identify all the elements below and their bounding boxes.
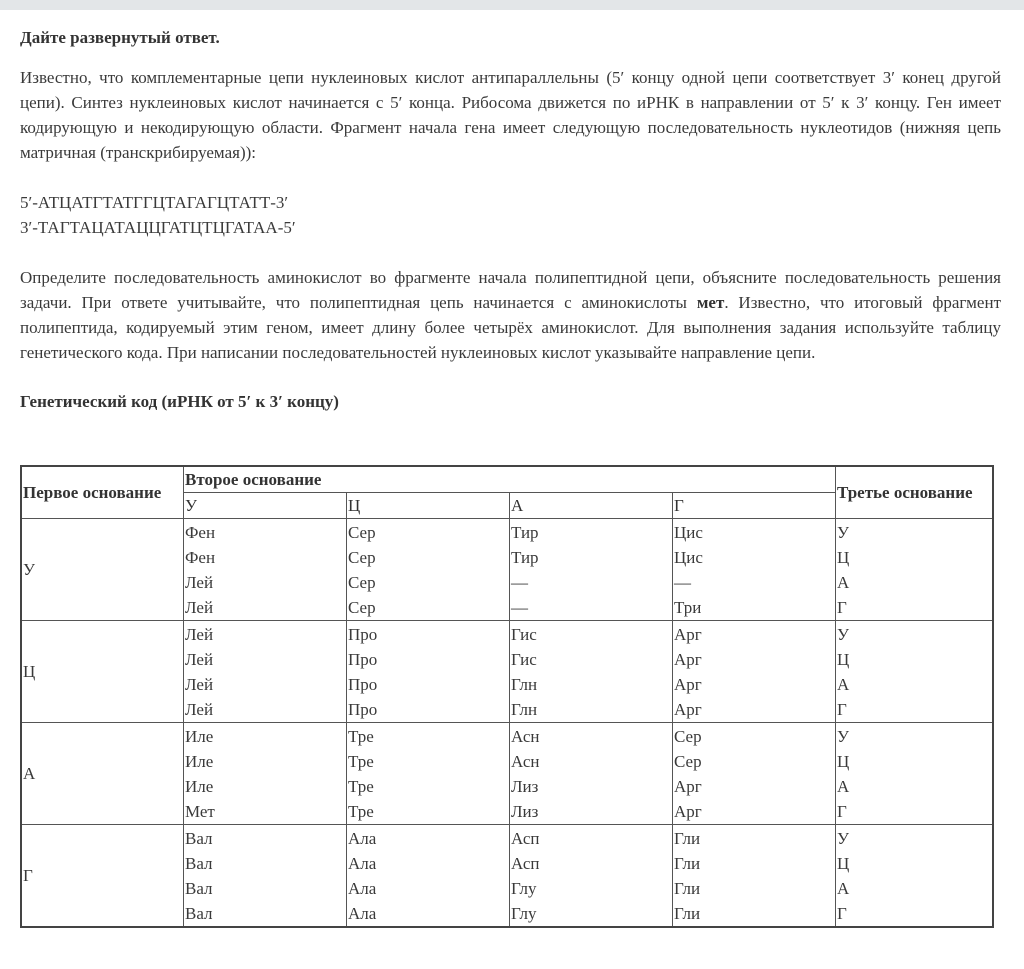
amino-acid: Сер [348,570,508,595]
amino-acid: Сер [348,520,508,545]
amino-acid: Три [674,595,834,620]
amino-acid: Вал [185,876,345,901]
amino-acid: Лей [185,622,345,647]
amino-acid: Гис [511,622,671,647]
amino-acid: Гис [511,647,671,672]
third-base-cell: УЦАГ [836,519,994,621]
genetic-code-table: Первое основание Второе основание Третье… [20,465,994,928]
amino-acid: Про [348,622,508,647]
task-question: Определите последовательность аминокисло… [20,265,1001,365]
amino-acid: — [674,570,834,595]
amino-acid: Лиз [511,774,671,799]
amino-acid: Фен [185,545,345,570]
third-base: У [837,724,991,749]
third-base: А [837,570,991,595]
amino-acid: Лей [185,647,345,672]
amino-acid: Асн [511,749,671,774]
third-base: У [837,826,991,851]
task-intro: Известно, что комплементарные цепи нукле… [20,65,1001,165]
amino-acid: Вал [185,826,345,851]
amino-acid: Тир [511,545,671,570]
amino-acid: Лей [185,697,345,722]
amino-acid: Тре [348,774,508,799]
table-row: УФенФенЛейЛейСерСерСерСерТирТир——ЦисЦис—… [21,519,993,621]
amino-acid: Про [348,647,508,672]
third-base-cell: УЦАГ [836,723,994,825]
top-bar [0,0,1024,10]
amino-acid: Вал [185,901,345,926]
amino-acid: Ала [348,876,508,901]
task-title: Дайте развернутый ответ. [20,24,1001,52]
amino-acid-cell: ИлеИлеИлеМет [184,723,347,825]
table-title: Генетический код (иРНК от 5′ к 3′ концу) [20,389,1001,414]
amino-acid: — [511,595,671,620]
table-row: АИлеИлеИлеМетТреТреТреТреАснАснЛизЛизСер… [21,723,993,825]
third-base: Г [837,595,991,620]
amino-acid-cell: ТирТир—— [510,519,673,621]
table-row: ГВалВалВалВалАлаАлаАлаАлаАспАспГлуГлуГли… [21,825,993,928]
amino-acid-cell: АспАспГлуГлу [510,825,673,928]
amino-acid: Лей [185,595,345,620]
first-base-cell: Ц [21,621,184,723]
second-base-header: Г [673,493,836,519]
amino-acid: Иле [185,724,345,749]
amino-acid-cell: СерСерСерСер [347,519,510,621]
task-content: Дайте развернутый ответ. Известно, что к… [20,24,1001,431]
amino-acid: Вал [185,851,345,876]
amino-acid: Тре [348,799,508,824]
amino-acid-cell: ГисГисГлнГлн [510,621,673,723]
amino-acid: Арг [674,799,834,824]
amino-acid-cell: ГлиГлиГлиГли [673,825,836,928]
genetic-code-body: УФенФенЛейЛейСерСерСерСерТирТир——ЦисЦис—… [21,519,993,928]
amino-acid: Цис [674,545,834,570]
amino-acid: Про [348,697,508,722]
amino-acid: Ала [348,826,508,851]
second-base-header: Ц [347,493,510,519]
amino-acid: Арг [674,622,834,647]
second-base-header: А [510,493,673,519]
amino-acid: Арг [674,697,834,722]
amino-acid: Тре [348,749,508,774]
amino-acid-cell: АснАснЛизЛиз [510,723,673,825]
third-base: А [837,672,991,697]
third-base: Ц [837,545,991,570]
amino-acid: Арг [674,647,834,672]
third-base: У [837,622,991,647]
amino-acid: Асп [511,826,671,851]
question-bold-amino: мет [697,293,724,312]
amino-acid: Сер [674,724,834,749]
third-base: Ц [837,851,991,876]
amino-acid: Гли [674,901,834,926]
amino-acid: Цис [674,520,834,545]
amino-acid: Асн [511,724,671,749]
amino-acid: Гли [674,826,834,851]
third-base: Ц [837,749,991,774]
amino-acid-cell: СерСерАргАрг [673,723,836,825]
amino-acid: Мет [185,799,345,824]
amino-acid: Сер [348,545,508,570]
amino-acid: Гли [674,851,834,876]
amino-acid: Лей [185,672,345,697]
amino-acid: Арг [674,774,834,799]
third-base: А [837,876,991,901]
amino-acid: — [511,570,671,595]
second-base-header: У [184,493,347,519]
third-base-cell: УЦАГ [836,825,994,928]
third-base: Ц [837,647,991,672]
amino-acid: Про [348,672,508,697]
sequence-bottom-strand: 3′-ТАГТАЦАТАЦЦГАТЦТЦГАТАА-5′ [20,215,1001,240]
third-base: У [837,520,991,545]
amino-acid-cell: ЛейЛейЛейЛей [184,621,347,723]
amino-acid: Глн [511,672,671,697]
header-row-1: Первое основание Второе основание Третье… [21,466,993,493]
amino-acid-cell: ТреТреТреТре [347,723,510,825]
third-base: Г [837,901,991,926]
amino-acid: Арг [674,672,834,697]
first-base-cell: Г [21,825,184,928]
amino-acid: Тре [348,724,508,749]
dna-sequence: 5′-АТЦАТГТАТГГЦТАГАГЦТАТТ-3′ 3′-ТАГТАЦАТ… [20,190,1001,240]
header-first-base: Первое основание [21,466,184,519]
amino-acid: Фен [185,520,345,545]
amino-acid-cell: ЦисЦис—Три [673,519,836,621]
amino-acid: Лиз [511,799,671,824]
amino-acid-cell: ПроПроПроПро [347,621,510,723]
amino-acid: Лей [185,570,345,595]
amino-acid: Тир [511,520,671,545]
sequence-top-strand: 5′-АТЦАТГТАТГГЦТАГАГЦТАТТ-3′ [20,190,1001,215]
amino-acid: Иле [185,774,345,799]
amino-acid: Глу [511,876,671,901]
amino-acid: Ала [348,901,508,926]
amino-acid-cell: ВалВалВалВал [184,825,347,928]
amino-acid: Иле [185,749,345,774]
amino-acid: Ала [348,851,508,876]
header-third-base: Третье основание [836,466,994,519]
header-second-base: Второе основание [184,466,836,493]
amino-acid: Глн [511,697,671,722]
amino-acid: Асп [511,851,671,876]
amino-acid: Гли [674,876,834,901]
amino-acid: Сер [674,749,834,774]
first-base-cell: У [21,519,184,621]
third-base: Г [837,697,991,722]
third-base: Г [837,799,991,824]
amino-acid-cell: АргАргАргАрг [673,621,836,723]
amino-acid-cell: ФенФенЛейЛей [184,519,347,621]
third-base: А [837,774,991,799]
amino-acid: Глу [511,901,671,926]
first-base-cell: А [21,723,184,825]
table-row: ЦЛейЛейЛейЛейПроПроПроПроГисГисГлнГлнАрг… [21,621,993,723]
amino-acid-cell: АлаАлаАлаАла [347,825,510,928]
third-base-cell: УЦАГ [836,621,994,723]
amino-acid: Сер [348,595,508,620]
